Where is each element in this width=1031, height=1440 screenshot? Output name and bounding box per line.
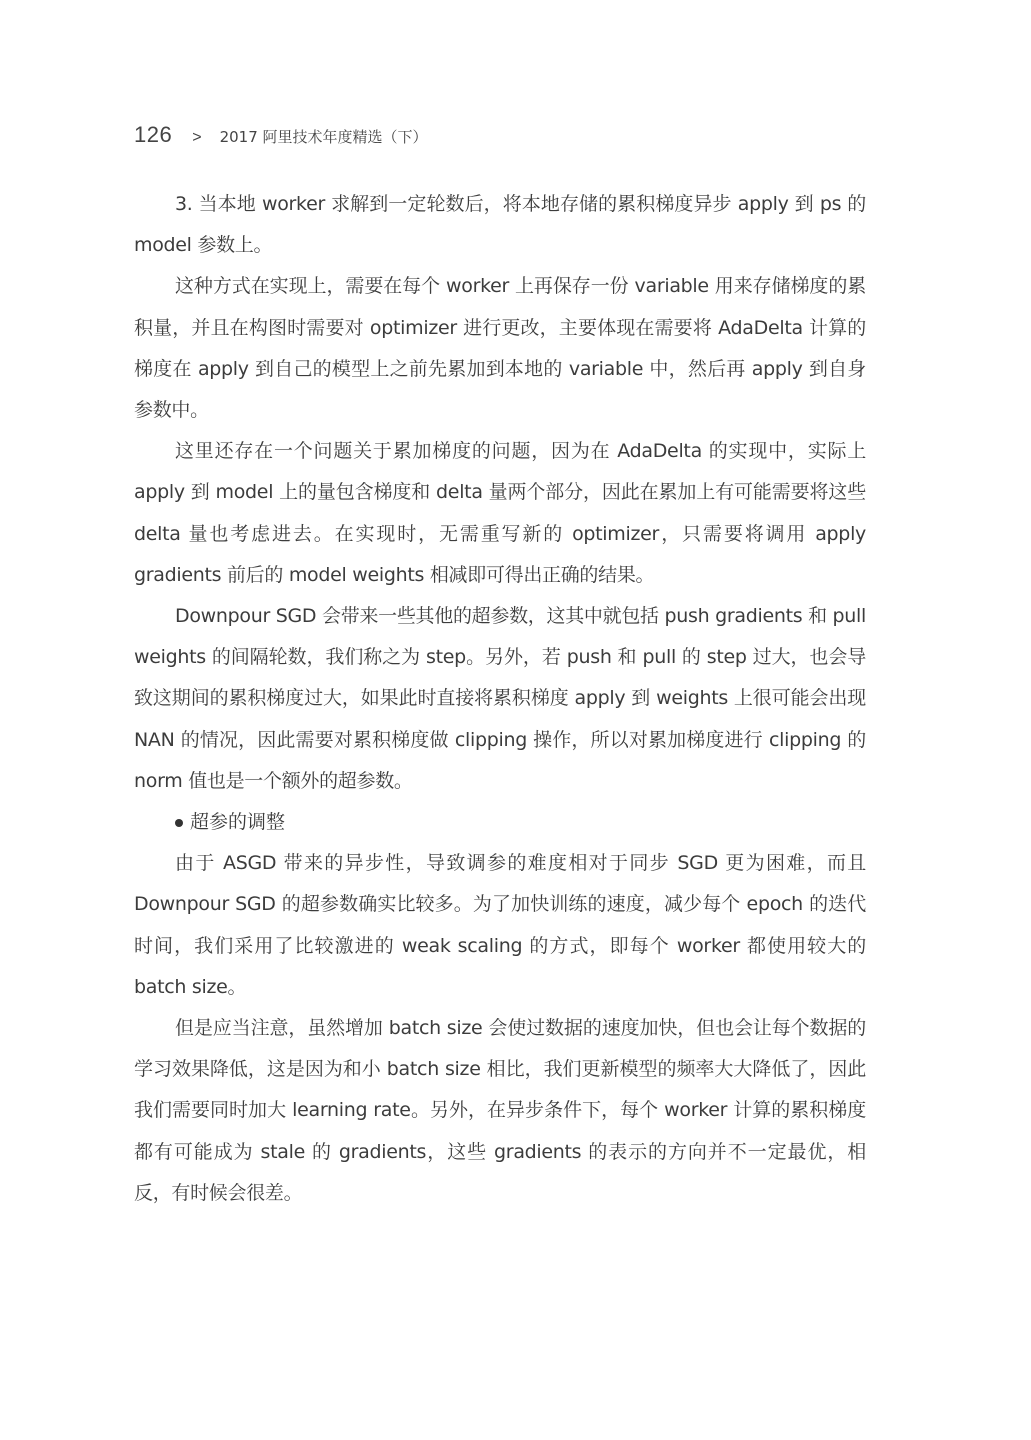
paragraph-implementation: 这种方式在实现上，需要在每个 worker 上再保存一份 variable 用来… [134, 266, 866, 431]
paragraph-downpour-hyperparams: Downpour SGD 会带来一些其他的超参数，这其中就包括 push gra… [134, 596, 866, 802]
bullet-heading-text: 超参的调整 [190, 802, 285, 843]
page-number: 126 [134, 122, 172, 148]
book-title: 2017 阿里技术年度精选（下） [220, 126, 428, 147]
section-bullet-heading: 超参的调整 [134, 802, 866, 843]
paragraph-batch-size-note: 但是应当注意，虽然增加 batch size 会使过数据的速度加快，但也会让每个… [134, 1008, 866, 1214]
paragraph-accumulated-gradient-issue: 这里还存在一个问题关于累加梯度的问题，因为在 AdaDelta 的实现中，实际上… [134, 431, 866, 596]
page-body: 3. 当本地 worker 求解到一定轮数后，将本地存储的累积梯度异步 appl… [134, 184, 866, 1214]
header-separator-icon: > [192, 129, 201, 147]
paragraph-asgd-tuning: 由于 ASGD 带来的异步性，导致调参的难度相对于同步 SGD 更为困难，而且 … [134, 843, 866, 1008]
running-header: 126 > 2017 阿里技术年度精选（下） [134, 122, 428, 148]
bullet-icon [175, 819, 183, 827]
paragraph-step-3: 3. 当本地 worker 求解到一定轮数后，将本地存储的累积梯度异步 appl… [134, 184, 866, 266]
